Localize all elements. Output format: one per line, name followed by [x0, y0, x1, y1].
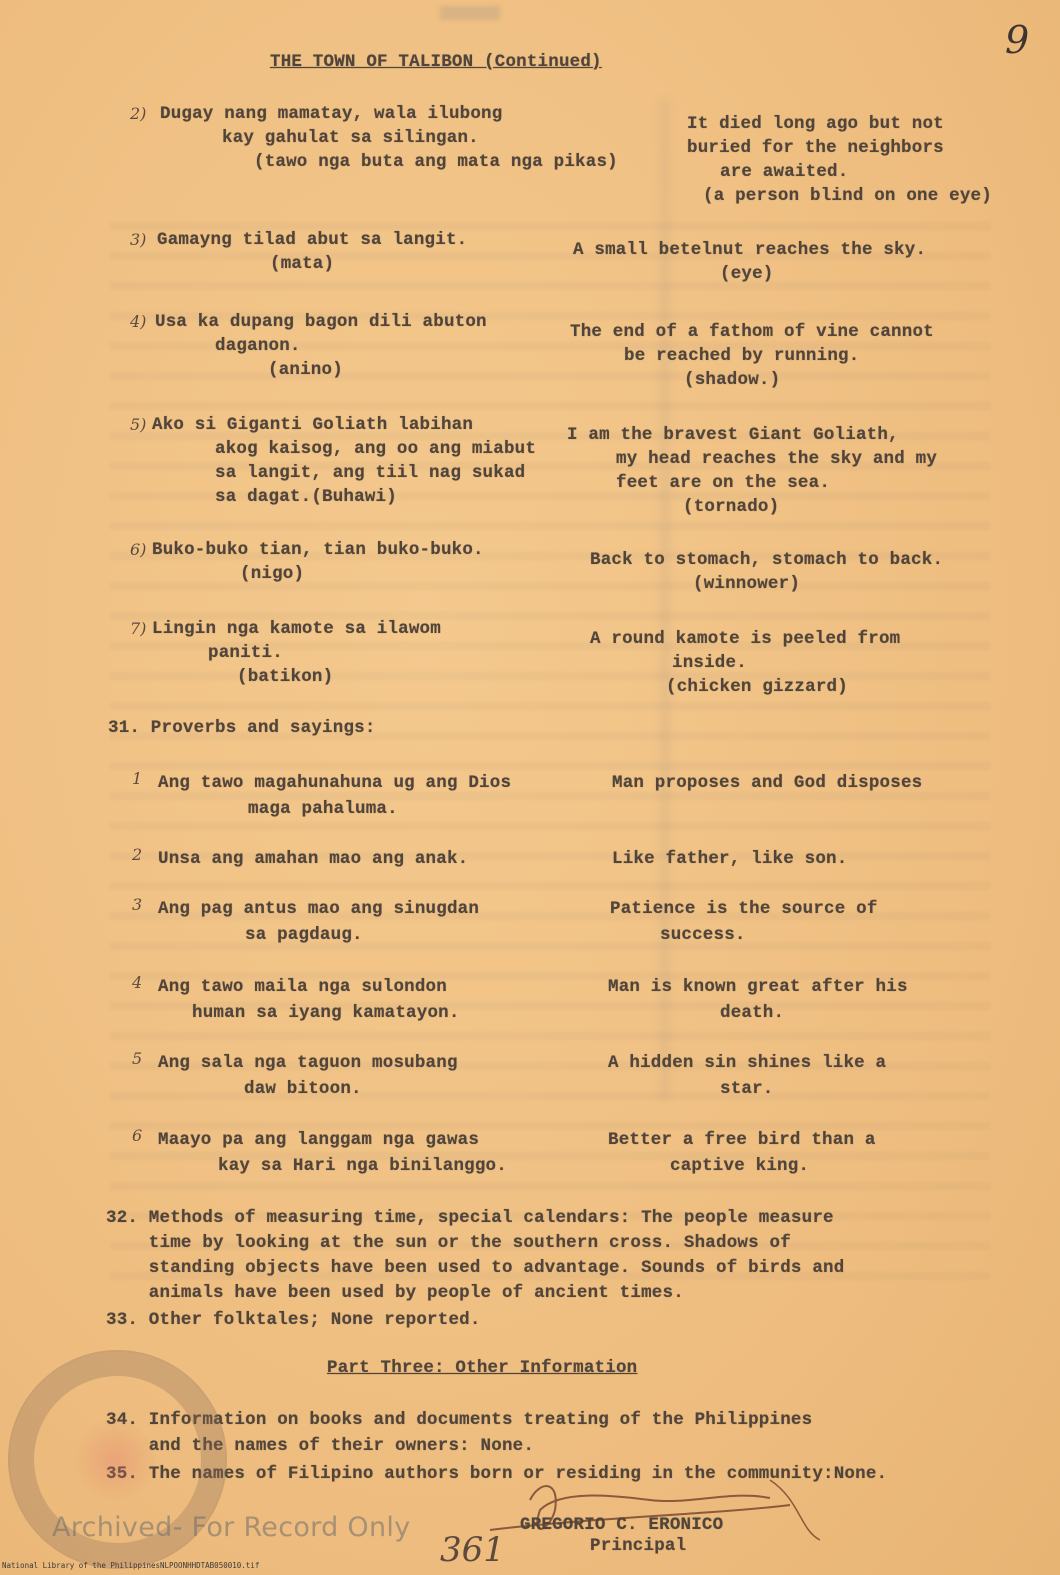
section-32-line: animals have been used by people of anci…: [106, 1281, 684, 1305]
riddle-marker: 5): [130, 413, 146, 437]
archive-watermark: Archived- For Record Only: [52, 1512, 410, 1543]
section-31-heading: 31. Proverbs and sayings:: [108, 716, 376, 740]
riddle-native-line: (tawo nga buta ang mata nga pikas): [254, 150, 618, 174]
riddle-native-line: paniti.: [208, 641, 283, 665]
proverb-native-line: kay sa Hari nga binilanggo.: [218, 1154, 507, 1178]
page-title: THE TOWN OF TALIBON (Continued): [270, 52, 602, 72]
riddle-marker: 4): [130, 310, 146, 334]
signatory-title: Principal: [590, 1536, 686, 1556]
riddle-english-line: I am the bravest Giant Goliath,: [567, 423, 899, 447]
riddle-native-line: Buko-buko tian, tian buko-buko.: [152, 538, 484, 562]
riddle-english-line: A small betelnut reaches the sky.: [573, 238, 926, 262]
proverb-english-line: Better a free bird than a: [608, 1128, 876, 1152]
page-number: 9: [1005, 28, 1029, 52]
riddle-english-line: buried for the neighbors: [687, 136, 944, 160]
section-32-line: standing objects have been used to advan…: [106, 1256, 844, 1280]
riddle-english-line: (eye): [720, 262, 774, 286]
riddle-native-line: kay gahulat sa silingan.: [222, 126, 479, 150]
document-page: THE TOWN OF TALIBON (Continued) 9 2)Duga…: [0, 0, 1060, 1575]
faded-stamp: [440, 6, 500, 20]
riddle-english-line: my head reaches the sky and my: [616, 447, 937, 471]
proverb-marker: 5: [132, 1047, 142, 1071]
riddle-english-line: inside.: [672, 651, 747, 675]
riddle-marker: 3): [130, 228, 146, 252]
section-33: 33. Other folktales; None reported.: [106, 1308, 481, 1332]
margin-note: 361: [440, 1530, 505, 1570]
proverb-native-line: Ang tawo maila nga sulondon: [158, 975, 447, 999]
riddle-native-line: (anino): [268, 358, 343, 382]
footer-filename: NLPOONHHDTAB050010.tif: [160, 1561, 259, 1570]
riddle-native-line: Usa ka dupang bagon dili abuton: [155, 310, 487, 334]
riddle-marker: 2): [130, 102, 146, 126]
riddle-native-line: Dugay nang mamatay, wala ilubong: [160, 102, 502, 126]
riddle-marker: 6): [130, 538, 146, 562]
proverb-english-line: Man is known great after his: [608, 975, 908, 999]
proverb-marker: 6: [132, 1124, 142, 1148]
seal-sun-emblem: [75, 1420, 155, 1500]
riddle-native-line: daganon.: [215, 334, 301, 358]
riddle-english-line: be reached by running.: [624, 344, 859, 368]
proverb-english-line: star.: [720, 1077, 774, 1101]
proverb-marker: 3: [132, 893, 142, 917]
section-32-line: time by looking at the sun or the southe…: [106, 1231, 791, 1255]
riddle-native-line: Ako si Giganti Goliath labihan: [152, 413, 473, 437]
riddle-native-line: (mata): [270, 252, 334, 276]
part-three-heading: Part Three: Other Information: [327, 1358, 637, 1378]
riddle-english-line: The end of a fathom of vine cannot: [570, 320, 934, 344]
riddle-english-line: are awaited.: [720, 160, 848, 184]
proverb-native-line: maga pahaluma.: [248, 797, 398, 821]
riddle-english-line: (shadow.): [684, 368, 780, 392]
riddle-english-line: A round kamote is peeled from: [590, 627, 900, 651]
riddle-english-line: (a person blind on one eye): [703, 184, 992, 208]
proverb-marker: 1: [132, 767, 142, 791]
proverb-marker: 2: [132, 843, 142, 867]
riddle-native-line: Gamayng tilad abut sa langit.: [157, 228, 467, 252]
proverb-native-line: Ang sala nga taguon mosubang: [158, 1051, 458, 1075]
proverb-english-line: captive king.: [670, 1154, 809, 1178]
proverb-english-line: success.: [660, 923, 746, 947]
proverb-native-line: Unsa ang amahan mao ang anak.: [158, 847, 468, 871]
riddle-english-line: Back to stomach, stomach to back.: [590, 548, 943, 572]
riddle-english-line: feet are on the sea.: [616, 471, 830, 495]
riddle-native-line: (nigo): [240, 562, 304, 586]
riddle-english-line: (chicken gizzard): [666, 675, 848, 699]
riddle-native-line: (batikon): [237, 665, 333, 689]
proverb-native-line: Ang pag antus mao ang sinugdan: [158, 897, 479, 921]
riddle-english-line: (winnower): [693, 572, 800, 596]
proverb-english-line: Man proposes and God disposes: [612, 771, 922, 795]
riddle-english-line: (tornado): [683, 495, 779, 519]
proverb-native-line: human sa iyang kamatayon.: [192, 1001, 460, 1025]
proverb-native-line: Maayo pa ang langgam nga gawas: [158, 1128, 479, 1152]
riddle-marker: 7): [130, 617, 146, 641]
section-32-line: 32. Methods of measuring time, special c…: [106, 1206, 834, 1230]
signatory-name: GREGORIO C. ERONICO: [520, 1515, 723, 1535]
proverb-native-line: Ang tawo magahunahuna ug ang Dios: [158, 771, 511, 795]
footer-library: National Library of the Philippines: [2, 1561, 160, 1570]
riddle-native-line: Lingin nga kamote sa ilawom: [152, 617, 441, 641]
riddle-native-line: sa dagat.(Buhawi): [215, 485, 397, 509]
proverb-english-line: A hidden sin shines like a: [608, 1051, 886, 1075]
proverb-english-line: Patience is the source of: [610, 897, 878, 921]
riddle-native-line: akog kaisog, ang oo ang miabut: [215, 437, 536, 461]
riddle-native-line: sa langit, ang tiil nag sukad: [215, 461, 525, 485]
proverb-native-line: sa pagdaug.: [245, 923, 363, 947]
proverb-english-line: death.: [720, 1001, 784, 1025]
proverb-marker: 4: [132, 971, 142, 995]
proverb-native-line: daw bitoon.: [244, 1077, 362, 1101]
proverb-english-line: Like father, like son.: [612, 847, 847, 871]
riddle-english-line: It died long ago but not: [687, 112, 944, 136]
